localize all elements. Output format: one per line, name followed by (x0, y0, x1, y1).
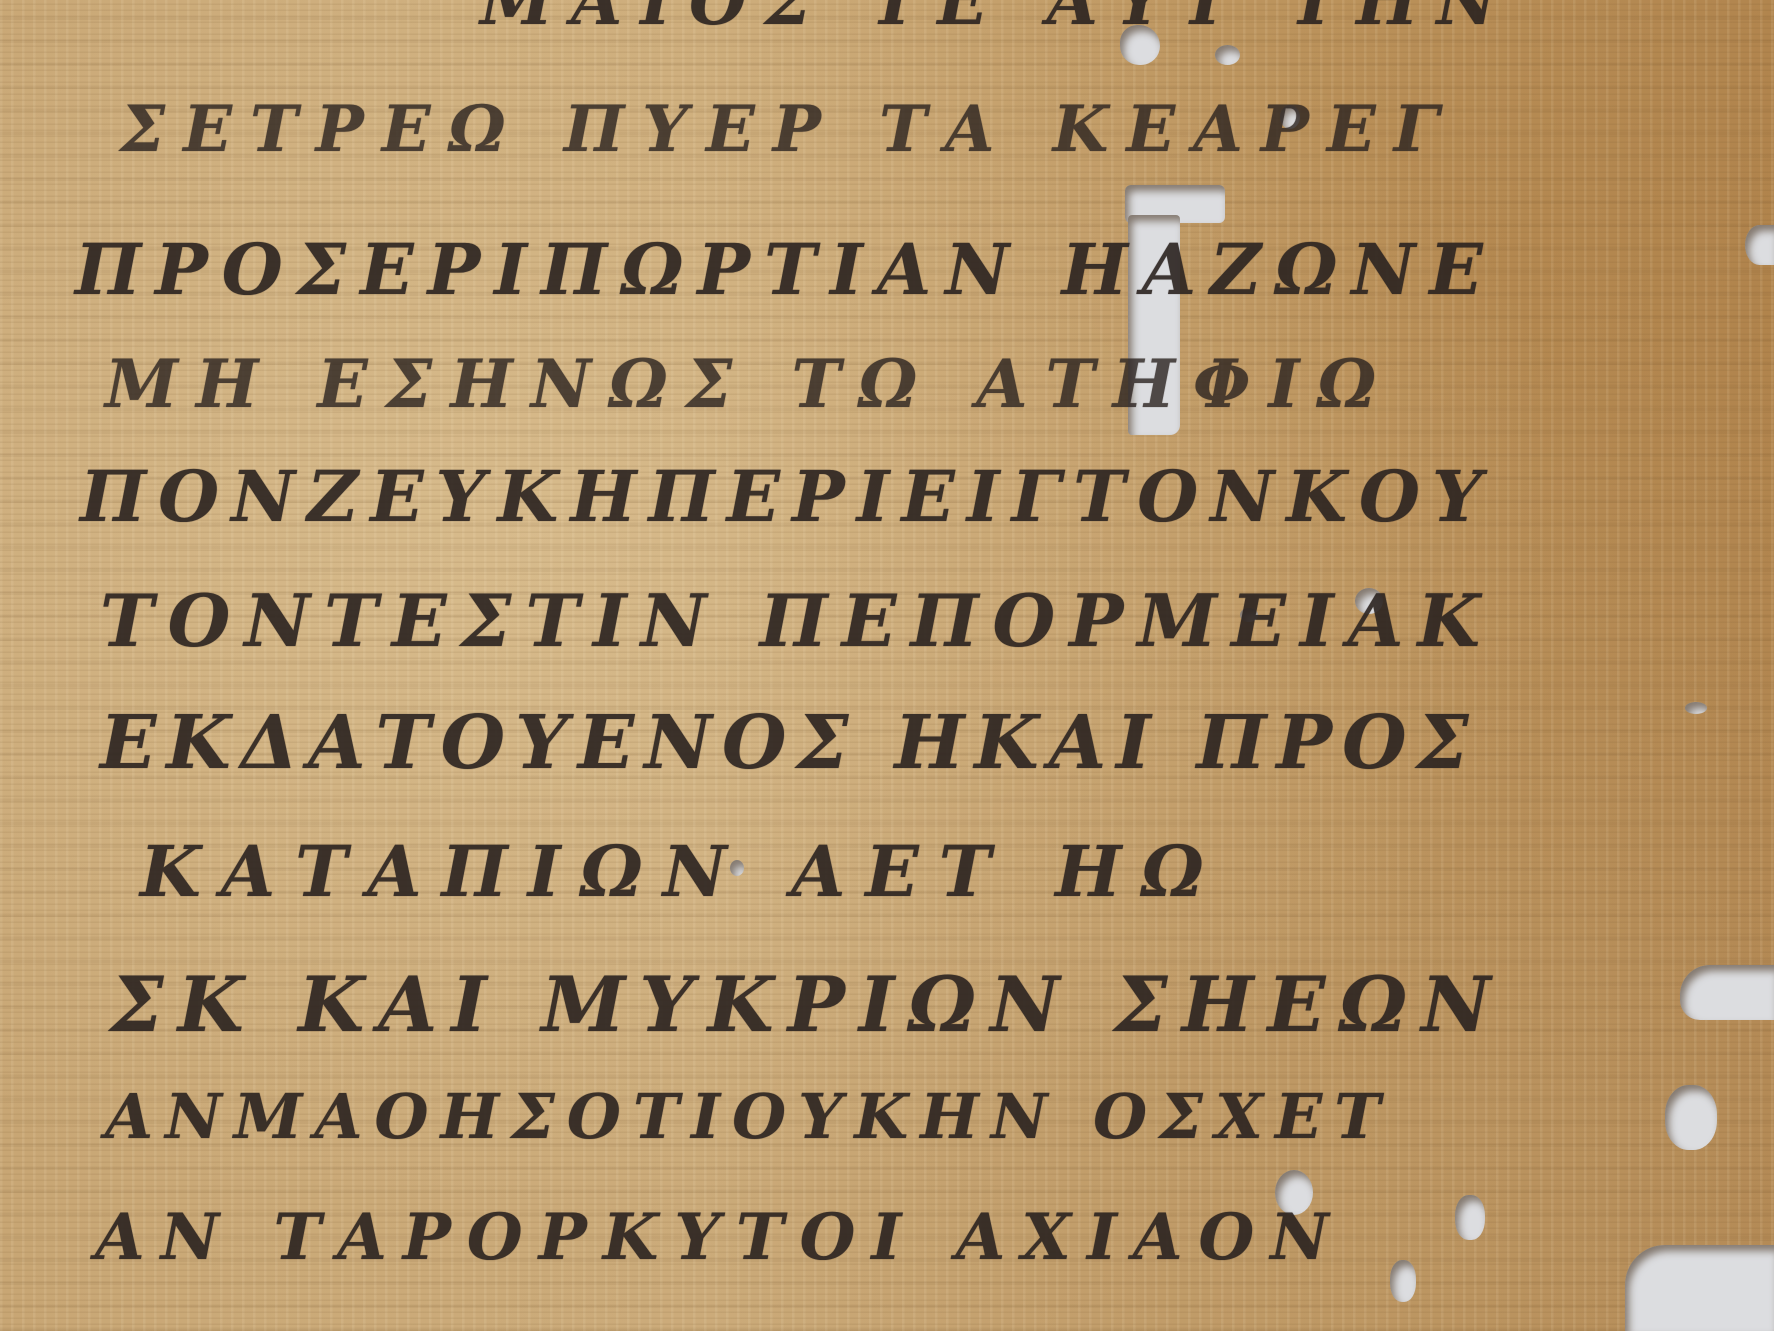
papyrus-hole (1685, 702, 1707, 714)
papyrus-hole (1665, 1085, 1717, 1150)
manuscript-line-8: ΚΑΤΑΠΙΩΝ ΑΕΤ ΗΩ (140, 830, 1224, 913)
papyrus-hole (1455, 1195, 1485, 1240)
papyrus-hole (1215, 45, 1240, 65)
manuscript-line-10: ΑΝΜΑΟΗΣΟΤΙΟΥΚΗΝ ΟΣΧΕΤ (105, 1080, 1392, 1153)
manuscript-line-11: ΑΝ ΤΑΡΟΡΚΥΤΟΙ ΑΧΙΑΟΝ (95, 1200, 1345, 1275)
papyrus-edge-loss (1625, 1245, 1774, 1331)
manuscript-line-6: ΤΟΝΤΕΣΤΙΝ ΠΕΠΟΡΜΕΙΑΚ (100, 578, 1494, 663)
manuscript-line-5: ΠΟΝΖΕΥΚΗΠΕΡΙΕΙΓΤΟΝΚΟΥ (80, 455, 1494, 538)
manuscript-line-2: ΣΕΤΡΕΩ ΠΥΕΡ ΤΑ ΚΕΑΡΕΓ (120, 92, 1457, 167)
manuscript-line-3: ΠΡΟΣΕΡΙΠΩΡΤΙΑΝ ΗΑΖΩΝΕ (75, 228, 1497, 311)
manuscript-line-4: ΜΗ ΕΣΗΝΩΣ ΤΩ ΑΤΗΦΙΩ (105, 345, 1394, 423)
papyrus-hole (1390, 1260, 1416, 1302)
papyrus-fragment: ΜΑΙΟΣ ΤΕ ΑΥΤ ΤΗΝ ΣΕΤΡΕΩ ΠΥΕΡ ΤΑ ΚΕΑΡΕΓ Π… (0, 0, 1774, 1331)
papyrus-edge-loss (1680, 965, 1774, 1020)
manuscript-line-7: ΕΚΔΑΤΟΥΕΝΟΣ ΗΚΑΙ ΠΡΟΣ (100, 700, 1479, 786)
manuscript-line-1: ΜΑΙΟΣ ΤΕ ΑΥΤ ΤΗΝ (480, 0, 1515, 40)
manuscript-line-9: ΣΚ ΚΑΙ ΜΥΚΡΙΩΝ ΣΗΕΩΝ (110, 960, 1505, 1049)
papyrus-hole (1745, 225, 1774, 265)
